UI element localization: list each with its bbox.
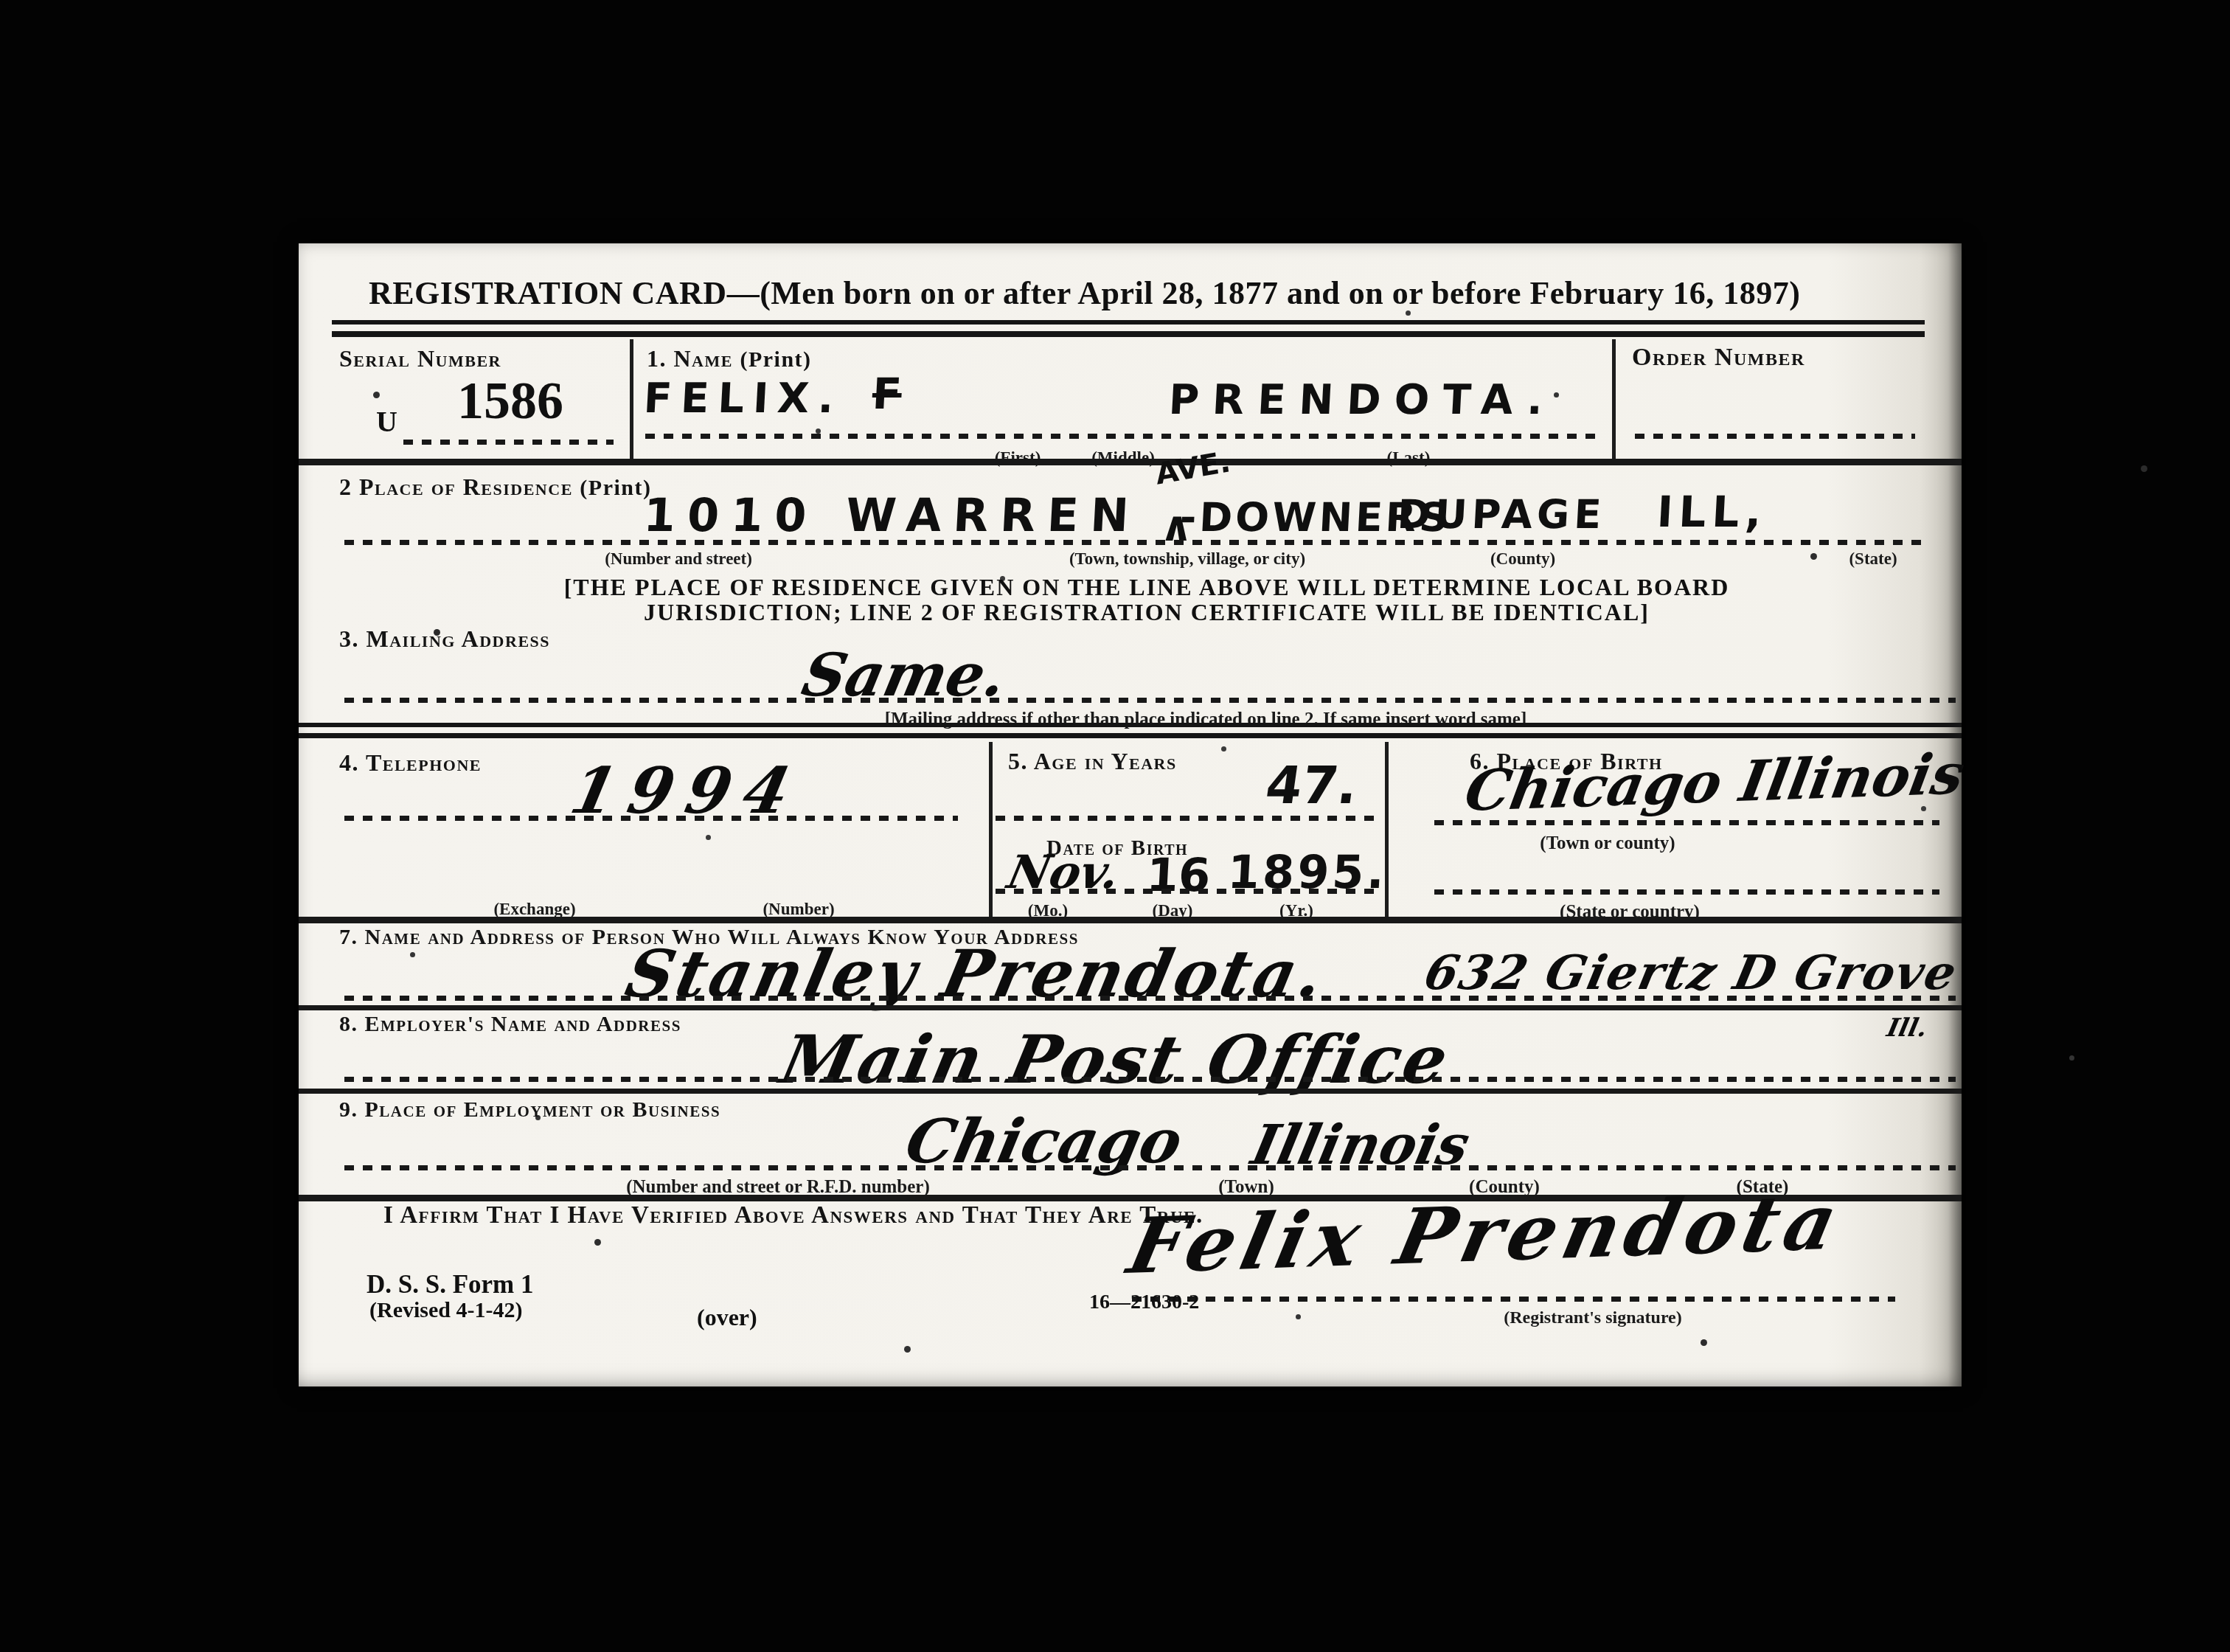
telephone-label: 4. Telephone	[339, 749, 482, 777]
serial-number-value: 1586	[457, 370, 563, 431]
serial-name-divider	[630, 339, 633, 459]
name-dotted-line	[645, 434, 1604, 439]
serial-prefix: U	[376, 404, 397, 439]
birthplace-dotted-line-town	[1434, 820, 1939, 825]
serial-number-label: Serial Number	[339, 345, 501, 372]
affirmation-text: I Affirm That I Have Verified Above Answ…	[383, 1202, 1203, 1229]
order-number-dotted-line	[1635, 434, 1915, 439]
contact-address-state-value: Ill.	[1884, 1013, 1930, 1043]
residence-dotted-line	[344, 540, 1930, 545]
telephone-age-divider	[989, 742, 993, 917]
card-title-suffix: —(Men born on or after April 28, 1877 an…	[727, 275, 1801, 311]
signature-caption: (Registrant's signature)	[1504, 1308, 1682, 1328]
employer-value: Main Post Office	[774, 1021, 1457, 1099]
telephone-dotted-line	[344, 816, 958, 821]
row1-bottom-rule	[299, 459, 1962, 465]
scan-background: { "colors": {"background": "#030303", "p…	[0, 0, 2230, 1652]
age-value: 47.	[1262, 755, 1362, 816]
employment-dotted-line	[344, 1165, 1956, 1170]
serial-dotted-line	[403, 440, 614, 445]
birthplace-caption-town: (Town or county)	[1540, 833, 1675, 854]
residence-notice-line2: JURISDICTION; LINE 2 OF REGISTRATION CER…	[644, 599, 1650, 626]
birthplace-dotted-line-state	[1434, 889, 1939, 895]
residence-label-paren: (Print)	[580, 476, 651, 500]
residence-county-value: DUPAGE	[1396, 491, 1607, 538]
residence-notice-line1: [THE PLACE OF RESIDENCE GIVEN ON THE LIN…	[564, 574, 1730, 601]
residence-label: 2 Place of Residence (Print)	[339, 473, 651, 501]
residence-caption-state: (State)	[1849, 549, 1897, 569]
name-label-text: 1. Name	[647, 345, 733, 372]
title-divider-rule	[332, 320, 1925, 337]
mailing-address-label: 3. Mailing Address	[339, 625, 550, 653]
name-last-value: PRENDOTA.	[1167, 376, 1557, 424]
age-dotted-line	[996, 816, 1379, 821]
dob-dotted-line	[996, 889, 1379, 894]
over-note: (over)	[697, 1304, 757, 1331]
name-first-value: FELIX.	[642, 375, 844, 423]
residence-inserted-ave: AVE.	[1154, 445, 1233, 492]
order-number-label: Order Number	[1632, 344, 1805, 372]
residence-caption-street: (Number and street)	[605, 549, 752, 569]
form-revision: (Revised 4-1-42)	[369, 1298, 522, 1323]
residence-label-text: 2 Place of Residence	[339, 473, 573, 500]
card-title: REGISTRATION CARD—(Men born on or after …	[369, 274, 1801, 312]
name-order-divider	[1612, 339, 1616, 459]
row4-bottom-rule	[299, 917, 1962, 923]
registration-card: REGISTRATION CARD—(Men born on or after …	[299, 243, 1962, 1386]
dob-day-value: 16	[1145, 848, 1212, 902]
employer-label: 8. Employer's Name and Address	[339, 1012, 681, 1037]
name-label: 1. Name (Print)	[647, 345, 812, 372]
row5-bottom-rule	[299, 1005, 1962, 1010]
mailing-bottom-double-rule	[299, 723, 1962, 738]
employment-label: 9. Place of Employment or Business	[339, 1097, 720, 1122]
signature-dotted-line	[1132, 1297, 1895, 1302]
age-label: 5. Age in Years	[1008, 748, 1177, 775]
name-middle-value: F	[871, 369, 903, 419]
residence-street-value: 1010 WARREN	[642, 488, 1142, 542]
employer-dotted-line	[344, 1077, 1956, 1082]
row6-bottom-rule	[299, 1089, 1962, 1094]
contact-dotted-line	[344, 996, 1956, 1001]
residence-caption-county: (County)	[1490, 549, 1555, 569]
residence-state-value: ILL,	[1656, 487, 1768, 537]
scan-noise-specks	[299, 243, 302, 247]
form-number: D. S. S. Form 1	[367, 1270, 534, 1299]
name-label-paren: (Print)	[740, 347, 811, 372]
card-title-main: REGISTRATION CARD	[369, 275, 727, 311]
residence-caption-town: (Town, township, village, or city)	[1069, 549, 1305, 569]
mailing-dotted-line	[344, 698, 1956, 703]
print-code: 16—21630-2	[1089, 1291, 1199, 1314]
contact-address-value: 632 Giertz D Grove	[1420, 945, 1962, 1001]
